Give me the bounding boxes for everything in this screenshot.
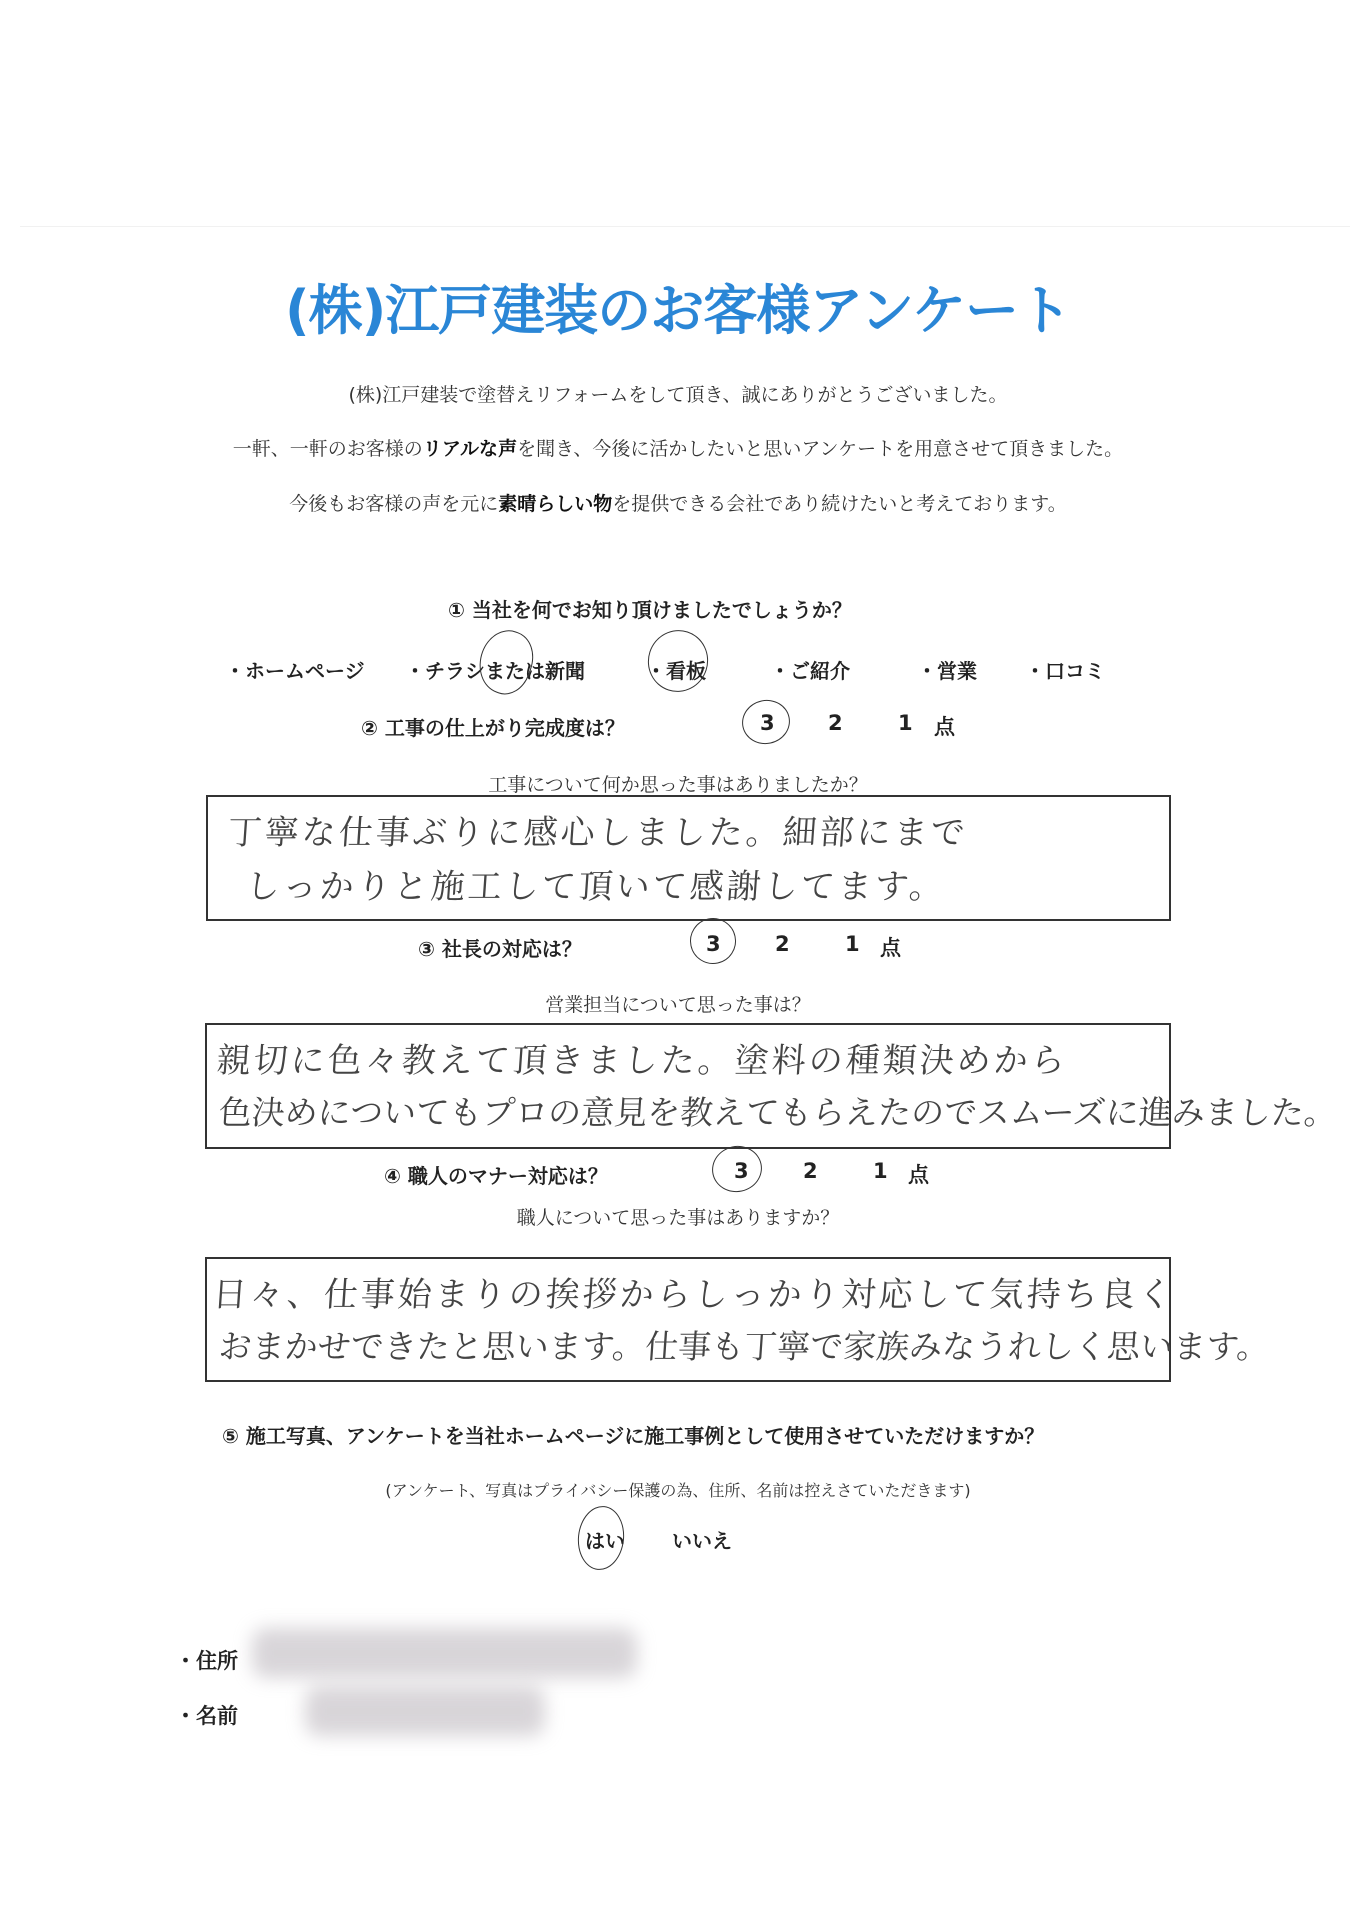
q4-comment-box[interactable]: 日々、仕事始まりの挨拶からしっかり対応して気持ち良く おまかせできたと思います。…: [205, 1257, 1171, 1382]
q3-selection-circle: [686, 914, 741, 969]
q1-selection-circle-flyer: [471, 623, 542, 701]
q2-score-2[interactable]: 2: [828, 711, 843, 735]
q3-comment-line-2: 色決めについてもプロの意見を教えてもらえたのでスムーズに進みました。: [217, 1087, 1338, 1134]
q3-comment-box[interactable]: 親切に色々教えて頂きました。塗料の種類決めから 色決めについてもプロの意見を教え…: [205, 1023, 1171, 1149]
q2-label: ② 工事の仕上がり完成度は？: [361, 712, 625, 741]
scan-edge-line: [20, 226, 1350, 227]
q1-selection-circle-signboard: [640, 622, 716, 700]
q4-score-1[interactable]: 1: [873, 1159, 888, 1183]
q1-option-sales[interactable]: ・営業: [917, 655, 977, 684]
q2-score-unit: 点: [934, 711, 955, 741]
address-label: ・住所: [175, 1645, 238, 1675]
name-redacted: [305, 1686, 545, 1736]
q5-privacy-note: (アンケート、写真はプライバシー保護の為、住所、名前は控えさていただきます): [0, 1478, 1356, 1501]
q5-label: ⑤ 施工写真、アンケートを当社ホームページに施工事例として使用させていただけます…: [222, 1420, 1044, 1449]
q1-label: ① 当社を何でお知り頂けましたでしょうか？: [448, 594, 852, 623]
q2-selection-circle: [738, 695, 794, 748]
q2-comment-prompt: 工事について何か思った事はありましたか？: [0, 770, 1356, 797]
q1-option-referral[interactable]: ・ご紹介: [770, 655, 850, 684]
q3-score-unit: 点: [880, 932, 901, 962]
q3-comment-prompt: 営業担当について思った事は？: [0, 990, 1356, 1017]
q2-comment-box[interactable]: 丁寧な仕事ぶりに感心しました。細部にまで しっかりと施工して頂いて感謝してます。: [206, 795, 1171, 921]
q5-selection-circle: [575, 1504, 627, 1572]
page-title: (株)江戸建装のお客様アンケート: [0, 268, 1356, 345]
q4-comment-line-2: おまかせできたと思います。仕事も丁寧で家族みなうれしく思います。: [217, 1321, 1271, 1368]
q2-comment-line-2: しっかりと施工して頂いて感謝してます。: [244, 859, 948, 908]
q1-option-homepage[interactable]: ・ホームページ: [225, 655, 365, 684]
q4-score-unit: 点: [908, 1159, 929, 1189]
intro-line-2-pre: 一軒、一軒のお客様の: [233, 438, 423, 460]
q3-score-2[interactable]: 2: [775, 932, 790, 956]
q3-comment-line-1: 親切に色々教えて頂きました。塗料の種類決めから: [215, 1033, 1069, 1082]
q2-score-1[interactable]: 1: [898, 711, 913, 735]
q3-label: ③ 社長の対応は？: [418, 933, 582, 962]
intro-line-2-bold-voice: 声: [498, 438, 517, 460]
intro-line-2-bold-real: リアルな: [423, 438, 498, 460]
intro-line-2: 一軒、一軒のお客様のリアルな声を聞き、今後に活かしたいと思いアンケートを用意させ…: [0, 434, 1356, 461]
q2-comment-line-1: 丁寧な仕事ぶりに感心しました。細部にまで: [226, 805, 969, 854]
intro-line-2-post: を聞き、今後に活かしたいと思いアンケートを用意させて頂きました。: [517, 438, 1123, 460]
intro-line-1: (株)江戸建装で塗替えリフォームをして頂き、誠にありがとうございました。: [0, 380, 1356, 407]
q1-option-word-of-mouth[interactable]: ・口コミ: [1025, 655, 1105, 684]
q4-selection-circle: [708, 1141, 766, 1196]
q3-score-1[interactable]: 1: [845, 932, 860, 956]
intro-line-3-bold: 素晴らしい物: [498, 493, 612, 515]
intro-line-3-pre: 今後もお客様の声を元に: [289, 493, 498, 515]
intro-line-3: 今後もお客様の声を元に素晴らしい物を提供できる会社であり続けたいと考えております…: [0, 489, 1356, 516]
q4-comment-prompt: 職人について思った事はありますか？: [0, 1203, 1356, 1230]
q5-option-no[interactable]: いいえ: [672, 1525, 732, 1554]
q4-label: ④ 職人のマナー対応は？: [384, 1160, 608, 1189]
name-label: ・名前: [175, 1700, 238, 1730]
q4-comment-line-1: 日々、仕事始まりの挨拶からしっかり対応して気持ち良く: [211, 1267, 1176, 1316]
address-redacted: [252, 1628, 637, 1678]
intro-line-3-post: を提供できる会社であり続けたいと考えております。: [612, 493, 1066, 515]
q4-score-2[interactable]: 2: [803, 1159, 818, 1183]
